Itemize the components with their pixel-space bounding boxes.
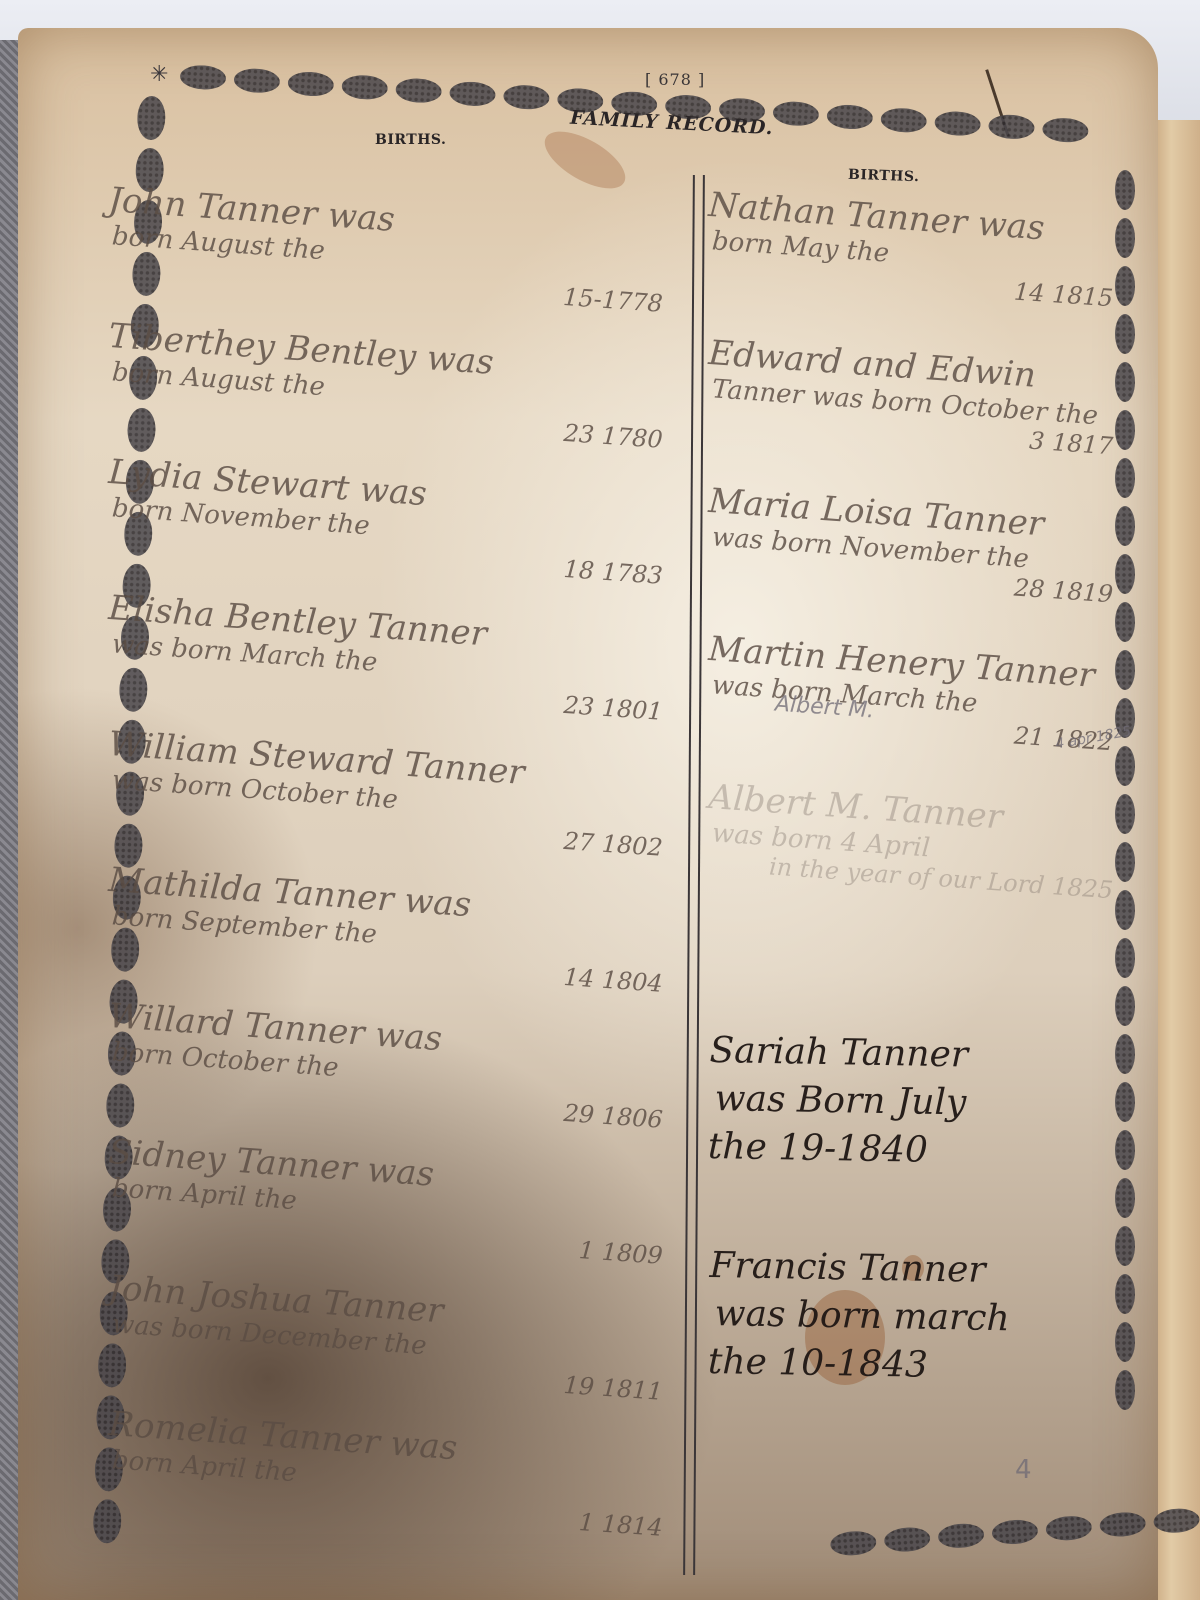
entry-date: the 19-1840 (707, 1123, 1138, 1178)
entry-name: Sariah Tanner (709, 1027, 1140, 1082)
entry-name: Francis Tanner (709, 1242, 1140, 1297)
right-column-heading: BIRTHS. (848, 167, 920, 185)
page-number: [ 678 ] (645, 70, 705, 89)
birth-entry-later: Sariah Tanner was Born July the 19-1840 (706, 1027, 1140, 1249)
left-births-column: John Tanner was born August the 15-1778 … (110, 180, 690, 1540)
birth-entry-faded: Albert M. Tanner was born 4 April in the… (693, 777, 1139, 1056)
entry-text: was Born July (708, 1075, 1139, 1130)
corner-ornament-icon: ✳ (150, 62, 168, 87)
entry-date: the 10-1843 (707, 1338, 1138, 1393)
birth-entry-later: Francis Tanner was born march the 10-184… (706, 1242, 1140, 1464)
entry-text: was born march (708, 1290, 1139, 1345)
left-column-heading: BIRTHS. (375, 132, 446, 148)
right-births-column: Nathan Tanner was born May the 14 1815 E… (710, 185, 1140, 1457)
pencil-page-number: 4 (1015, 1455, 1032, 1485)
